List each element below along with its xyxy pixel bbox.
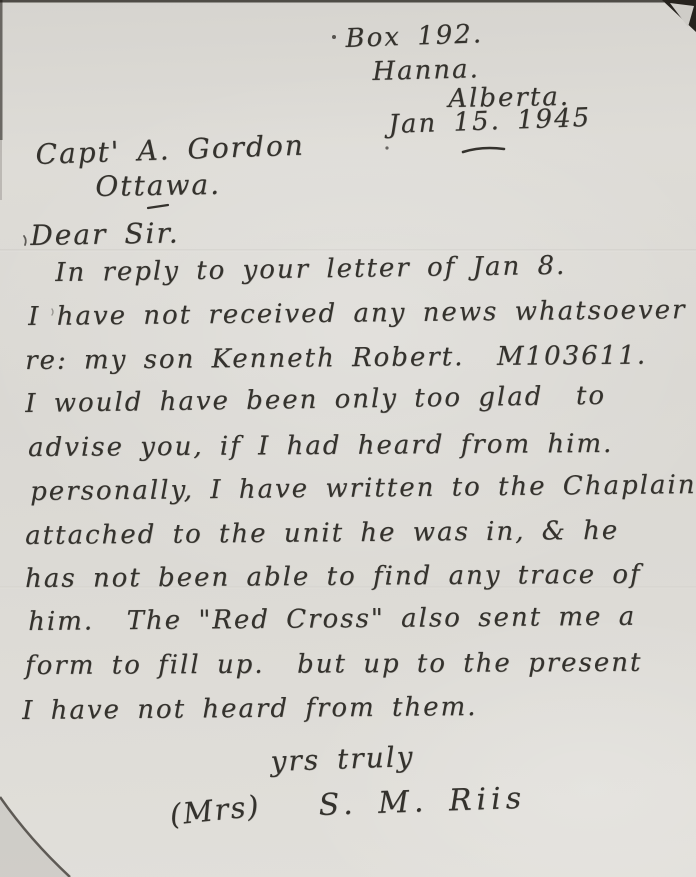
top-right-corner-fold [670, 3, 694, 27]
top-right-corner-notch [662, 0, 696, 32]
body-line: him. The "Red Cross" also sent me a [28, 602, 636, 637]
signature-title-note: (Mrs) [168, 788, 262, 831]
recipient-name: Capt' A. Gordon [35, 129, 305, 171]
signature: S. M. Riis [318, 781, 527, 823]
bottom-left-paper-edge [0, 797, 70, 877]
top-scan-edge [0, 0, 668, 3]
recipient-place: Ottawa. [95, 168, 221, 203]
bottom-left-paper-shadow [0, 797, 70, 877]
body-line: I have not received any news whatsoever [28, 295, 687, 332]
sender-address-line: Hanna. [372, 54, 480, 87]
letter-date: Jan 15. 1945 [388, 103, 592, 140]
body-line: re: my son Kenneth Robert. M103611. [25, 341, 647, 376]
body-line: In reply to your letter of Jan 8. [55, 251, 566, 288]
date-underline-mark [463, 148, 504, 152]
left-scan-edge-fade [0, 140, 2, 200]
left-scan-edge [0, 0, 3, 140]
body-line: I have not heard from them. [22, 692, 478, 726]
body-line: personally, I have written to the Chapla… [30, 470, 696, 507]
body-line: attached to the unit he was in, & he [25, 516, 619, 551]
sender-address-line: Box 192. [345, 19, 484, 54]
scanned-letter-page: Box 192. Hanna. Alberta. Jan 15. 1945 Ca… [0, 0, 696, 877]
body-line: advise you, if I had heard from him. [28, 429, 613, 463]
ink-speck [332, 35, 336, 39]
salutation: Dear Sir. [30, 216, 180, 252]
body-line: form to fill up. but up to the present [25, 648, 643, 681]
closing: yrs truly [270, 740, 415, 778]
ottawa-underline-mark [148, 205, 168, 208]
ink-speck [385, 146, 388, 149]
ink-speck [24, 236, 26, 245]
body-line: has not been able to find any trace of [25, 560, 642, 594]
body-line: I would have been only too glad to [25, 381, 606, 419]
